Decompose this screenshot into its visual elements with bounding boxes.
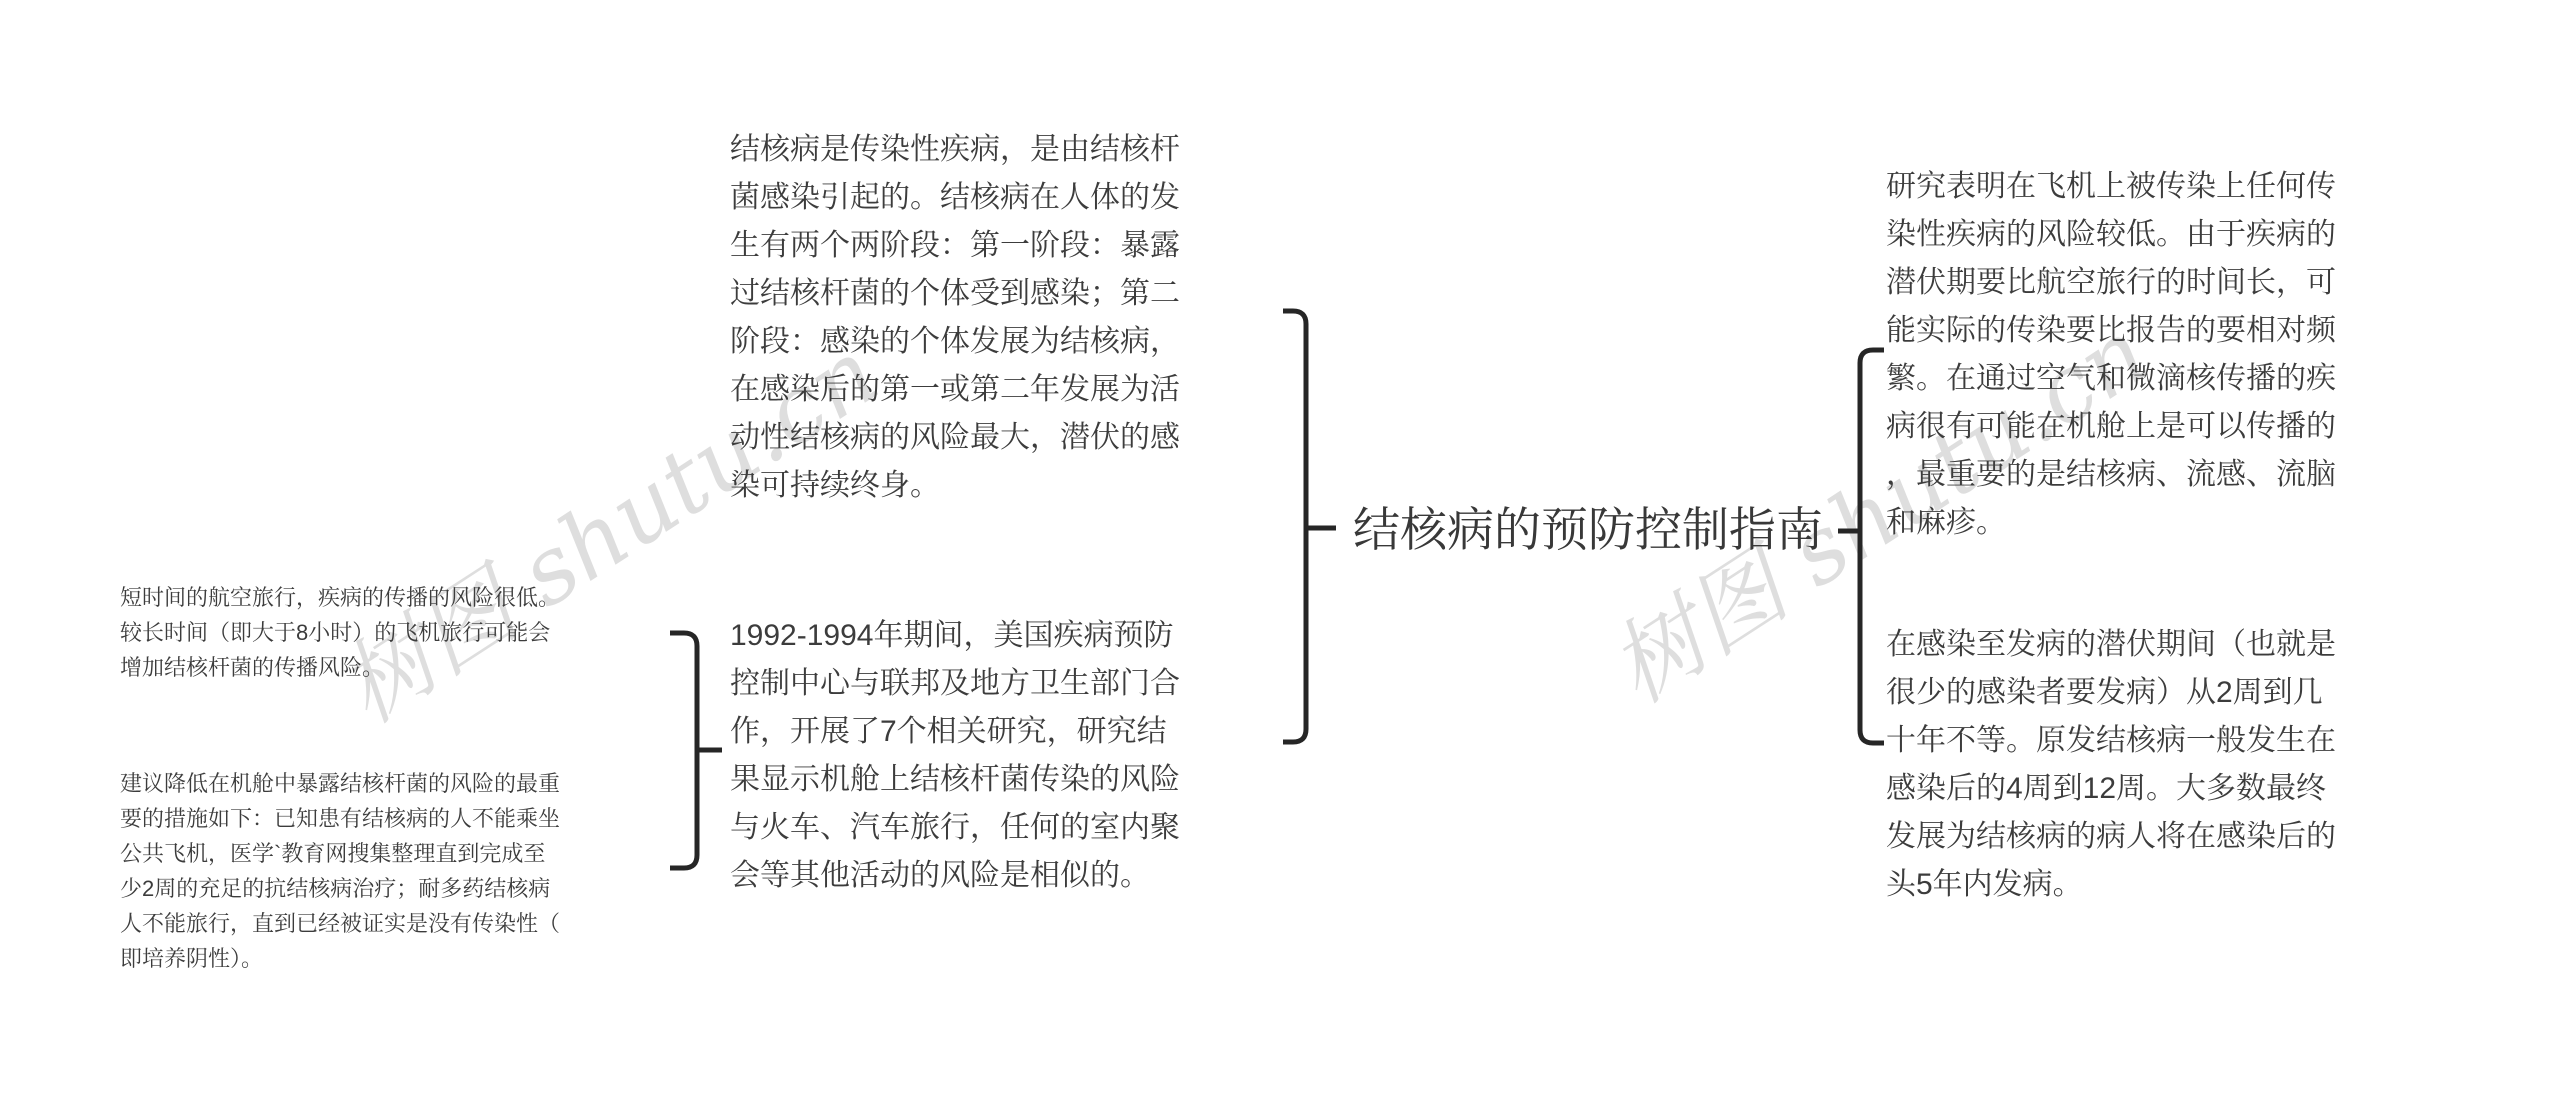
sub-brace (670, 633, 697, 868)
right-brace (1860, 350, 1884, 743)
left-brace (1283, 311, 1306, 742)
mindmap-canvas: 树图 shutu.cn 树图 shutu.cn 结核病的预防控制指南 结核病是传… (0, 0, 2560, 1098)
connector-layer (0, 0, 2560, 1098)
